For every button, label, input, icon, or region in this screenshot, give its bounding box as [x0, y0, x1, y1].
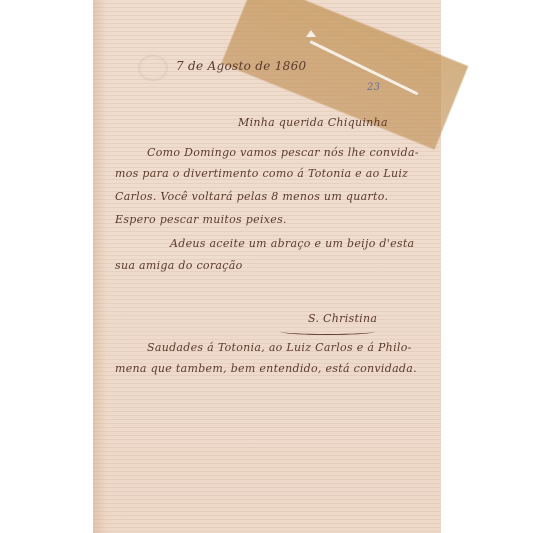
postscript-line: mena que tambem, bem entendido, está con… — [115, 362, 417, 375]
embossed-stationer-mark — [138, 55, 168, 81]
signature: S. Christina — [308, 312, 377, 325]
body-line: Carlos. Você voltará pelas 8 menos um qu… — [115, 190, 388, 203]
archive-number: 23 — [367, 82, 380, 93]
body-line: Como Domingo vamos pescar nós lhe convid… — [147, 146, 419, 159]
body-line: Espero pescar muitos peixes. — [115, 213, 287, 226]
postscript-line: Saudades á Totonia, ao Luiz Carlos e á P… — [147, 341, 412, 354]
letter-date: 7 de Agosto de 1860 — [176, 59, 306, 73]
body-line: sua amiga do coração — [115, 259, 243, 272]
body-line: Adeus aceite um abraço e um beijo d'esta — [170, 237, 414, 250]
salutation: Minha querida Chiquinha — [238, 116, 388, 129]
body-line: mos para o divertimento como á Totonia e… — [115, 167, 408, 180]
signature-flourish — [280, 328, 375, 335]
